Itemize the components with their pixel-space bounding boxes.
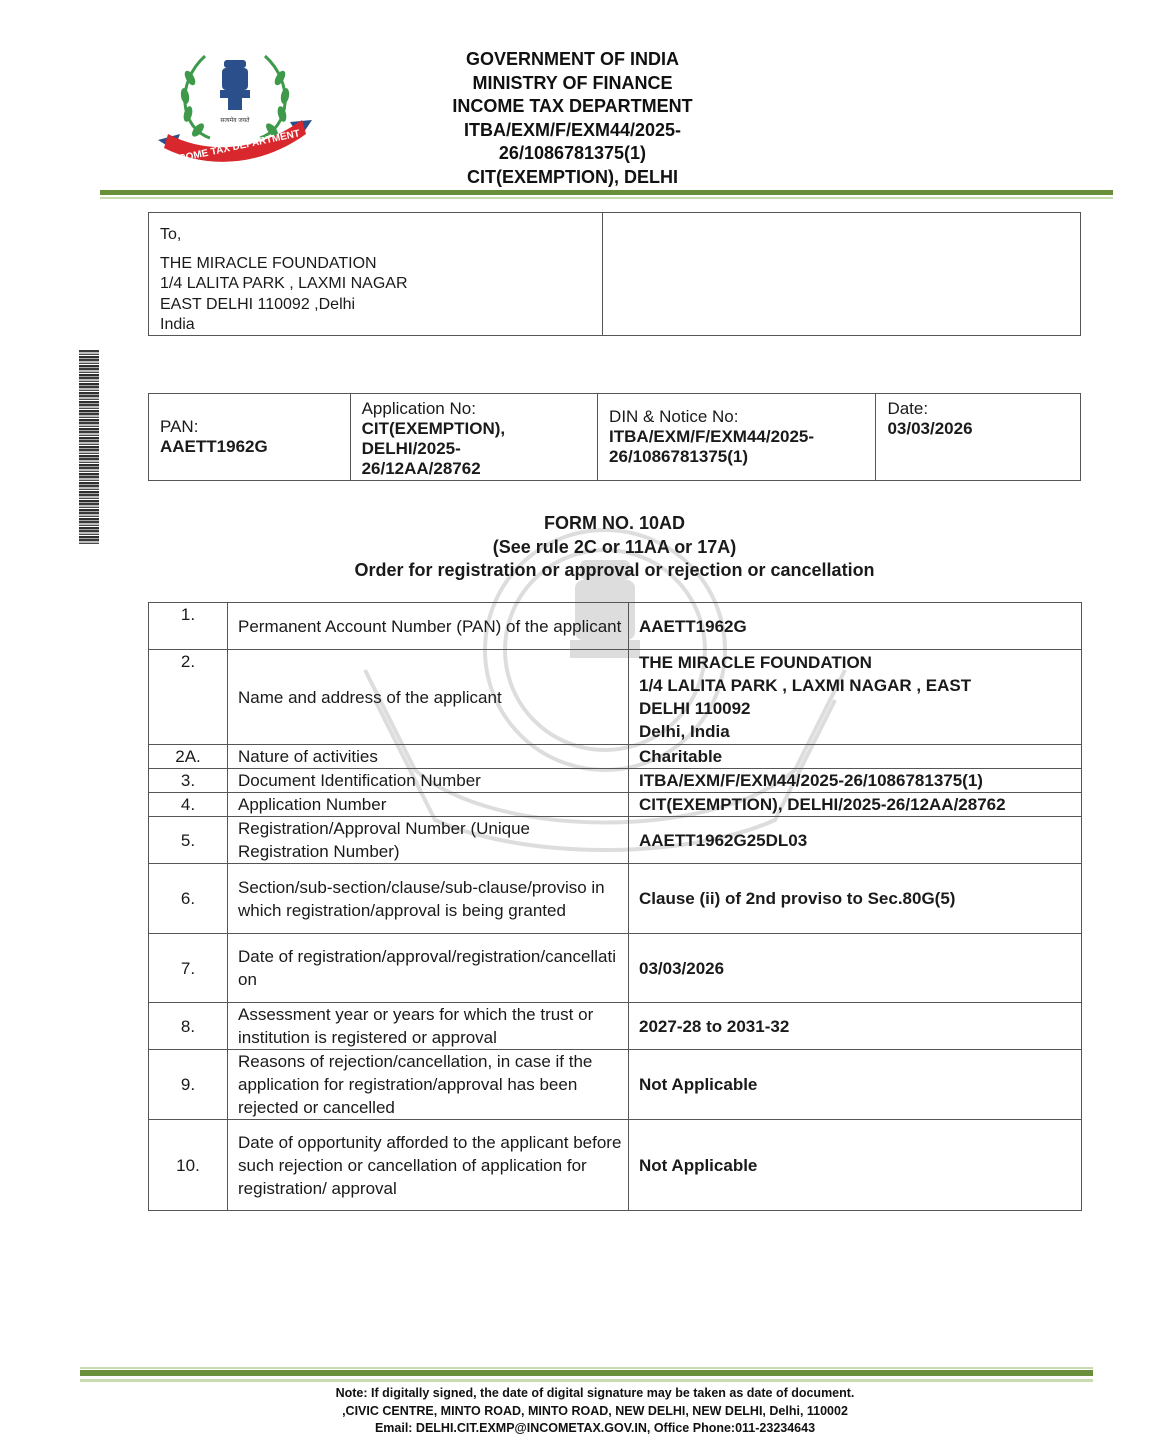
row-number: 9. xyxy=(149,1050,228,1120)
addressee-line: India xyxy=(160,315,602,336)
row-value: AAETT1962G xyxy=(629,603,1082,650)
header-line: CIT(EXEMPTION), DELHI xyxy=(380,166,765,190)
row-value-line: 03/03/2026 xyxy=(639,957,1081,980)
document-footer: Note: If digitally signed, the date of d… xyxy=(180,1385,1010,1438)
row-label: Date of registration/approval/registrati… xyxy=(228,934,629,1003)
footer-contact: Email: DELHI.CIT.EXMP@INCOMETAX.GOV.IN, … xyxy=(180,1420,1010,1438)
row-label: Name and address of the applicant xyxy=(228,650,629,745)
notice-info-box: PAN: AAETT1962G Application No: CIT(EXEM… xyxy=(148,393,1081,481)
application-no-value: DELHI/2025- xyxy=(362,439,597,459)
row-value: AAETT1962G25DL03 xyxy=(629,817,1082,864)
row-value-line: 1/4 LALITA PARK , LAXMI NAGAR , EAST xyxy=(639,674,1081,697)
table-row: 6. Section/sub-section/clause/sub-clause… xyxy=(149,864,1082,934)
footer-address: ,CIVIC CENTRE, MINTO ROAD, MINTO ROAD, N… xyxy=(180,1403,1010,1421)
form-subtitle: Order for registration or approval or re… xyxy=(148,559,1081,583)
pan-value: AAETT1962G xyxy=(160,437,350,457)
row-value-line: Clause (ii) of 2nd proviso to Sec.80G(5) xyxy=(639,887,1081,910)
row-number: 3. xyxy=(149,769,228,793)
application-no-value: 26/12AA/28762 xyxy=(362,459,597,479)
table-row: 3. Document Identification Number ITBA/E… xyxy=(149,769,1082,793)
addressee-box: To, THE MIRACLE FOUNDATION 1/4 LALITA PA… xyxy=(148,212,1081,336)
pan-label: PAN: xyxy=(160,416,350,437)
row-value-line: Not Applicable xyxy=(639,1154,1081,1177)
footer-divider-light xyxy=(80,1379,1093,1382)
row-number: 10. xyxy=(149,1120,228,1211)
row-label: Nature of activities xyxy=(228,745,629,769)
row-value-line: 2027-28 to 2031-32 xyxy=(639,1015,1081,1038)
table-row: 10. Date of opportunity afforded to the … xyxy=(149,1120,1082,1211)
header-divider xyxy=(100,190,1113,195)
row-value-line: THE MIRACLE FOUNDATION xyxy=(639,651,1081,674)
row-label: Date of opportunity afforded to the appl… xyxy=(228,1120,629,1211)
table-row: 9. Reasons of rejection/cancellation, in… xyxy=(149,1050,1082,1120)
row-value-line: DELHI 110092 xyxy=(639,697,1081,720)
din-cell: DIN & Notice No: ITBA/EXM/F/EXM44/2025- … xyxy=(598,394,876,480)
row-number: 1. xyxy=(149,603,228,650)
addressee-line: THE MIRACLE FOUNDATION xyxy=(160,254,602,275)
row-label: Permanent Account Number (PAN) of the ap… xyxy=(228,603,629,650)
svg-text:सत्यमेव जयते: सत्यमेव जयते xyxy=(220,116,250,124)
income-tax-department-logo: सत्यमेव जयते INCOME TAX DEPARTMENT xyxy=(150,38,320,168)
header-divider-light xyxy=(100,197,1113,199)
row-value: Not Applicable xyxy=(629,1050,1082,1120)
application-no-label: Application No: xyxy=(362,398,597,419)
order-details-table: 1. Permanent Account Number (PAN) of the… xyxy=(148,602,1082,1211)
application-no-cell: Application No: CIT(EXEMPTION), DELHI/20… xyxy=(351,394,598,480)
form-rule: (See rule 2C or 11AA or 17A) xyxy=(148,536,1081,560)
form-heading: FORM NO. 10AD (See rule 2C or 11AA or 17… xyxy=(148,512,1081,583)
document-header: GOVERNMENT OF INDIA MINISTRY OF FINANCE … xyxy=(380,48,765,189)
din-value: 26/1086781375(1) xyxy=(609,447,875,467)
addressee-line: EAST DELHI 110092 ,Delhi xyxy=(160,295,602,316)
row-number: 4. xyxy=(149,793,228,817)
addressee-details: To, THE MIRACLE FOUNDATION 1/4 LALITA PA… xyxy=(149,213,603,335)
form-number: FORM NO. 10AD xyxy=(148,512,1081,536)
row-value: CIT(EXEMPTION), DELHI/2025-26/12AA/28762 xyxy=(629,793,1082,817)
header-line: 26/1086781375(1) xyxy=(380,142,765,166)
footer-divider xyxy=(80,1370,1093,1376)
date-value: 03/03/2026 xyxy=(887,419,1080,439)
table-row: 5. Registration/Approval Number (Unique … xyxy=(149,817,1082,864)
row-number: 5. xyxy=(149,817,228,864)
table-row: 2A. Nature of activities Charitable xyxy=(149,745,1082,769)
row-number: 2A. xyxy=(149,745,228,769)
row-label: Reasons of rejection/cancellation, in ca… xyxy=(228,1050,629,1120)
row-value-line: AAETT1962G25DL03 xyxy=(639,829,1081,852)
table-row: 2. Name and address of the applicant THE… xyxy=(149,650,1082,745)
row-value-line: Not Applicable xyxy=(639,1073,1081,1096)
row-value: 03/03/2026 xyxy=(629,934,1082,1003)
row-value: THE MIRACLE FOUNDATION 1/4 LALITA PARK ,… xyxy=(629,650,1082,745)
footer-note: Note: If digitally signed, the date of d… xyxy=(180,1385,1010,1403)
row-number: 6. xyxy=(149,864,228,934)
date-label: Date: xyxy=(887,398,1080,419)
din-value: ITBA/EXM/F/EXM44/2025- xyxy=(609,427,875,447)
header-line: GOVERNMENT OF INDIA xyxy=(380,48,765,72)
row-number: 2. xyxy=(149,650,228,745)
header-line: MINISTRY OF FINANCE xyxy=(380,72,765,96)
row-number: 7. xyxy=(149,934,228,1003)
date-cell: Date: 03/03/2026 xyxy=(876,394,1080,480)
row-value-line: ITBA/EXM/F/EXM44/2025-26/1086781375(1) xyxy=(639,769,1081,792)
row-value-line: AAETT1962G xyxy=(639,615,1081,638)
to-label: To, xyxy=(160,225,602,246)
row-label: Document Identification Number xyxy=(228,769,629,793)
row-value-line: Delhi, India xyxy=(639,720,1081,743)
row-value-line: CIT(EXEMPTION), DELHI/2025-26/12AA/28762 xyxy=(639,793,1081,816)
row-number: 8. xyxy=(149,1003,228,1050)
header-line: INCOME TAX DEPARTMENT xyxy=(380,95,765,119)
row-value-line: Charitable xyxy=(639,745,1081,768)
row-label: Registration/Approval Number (Unique Reg… xyxy=(228,817,629,864)
header-line: ITBA/EXM/F/EXM44/2025- xyxy=(380,119,765,143)
row-label: Assessment year or years for which the t… xyxy=(228,1003,629,1050)
pan-cell: PAN: AAETT1962G xyxy=(149,394,351,480)
row-label: Application Number xyxy=(228,793,629,817)
row-value: 2027-28 to 2031-32 xyxy=(629,1003,1082,1050)
row-value: ITBA/EXM/F/EXM44/2025-26/1086781375(1) xyxy=(629,769,1082,793)
application-no-value: CIT(EXEMPTION), xyxy=(362,419,597,439)
row-label: Section/sub-section/clause/sub-clause/pr… xyxy=(228,864,629,934)
table-row: 7. Date of registration/approval/registr… xyxy=(149,934,1082,1003)
barcode-icon xyxy=(79,350,99,545)
row-value: Clause (ii) of 2nd proviso to Sec.80G(5) xyxy=(629,864,1082,934)
addressee-line: 1/4 LALITA PARK , LAXMI NAGAR xyxy=(160,274,602,295)
table-row: 8. Assessment year or years for which th… xyxy=(149,1003,1082,1050)
emblem-icon: सत्यमेव जयते INCOME TAX DEPARTMENT xyxy=(150,38,320,168)
table-row: 4. Application Number CIT(EXEMPTION), DE… xyxy=(149,793,1082,817)
row-value: Charitable xyxy=(629,745,1082,769)
footer-divider-light xyxy=(80,1367,1093,1369)
row-value: Not Applicable xyxy=(629,1120,1082,1211)
table-row: 1. Permanent Account Number (PAN) of the… xyxy=(149,603,1082,650)
din-label: DIN & Notice No: xyxy=(609,406,875,427)
